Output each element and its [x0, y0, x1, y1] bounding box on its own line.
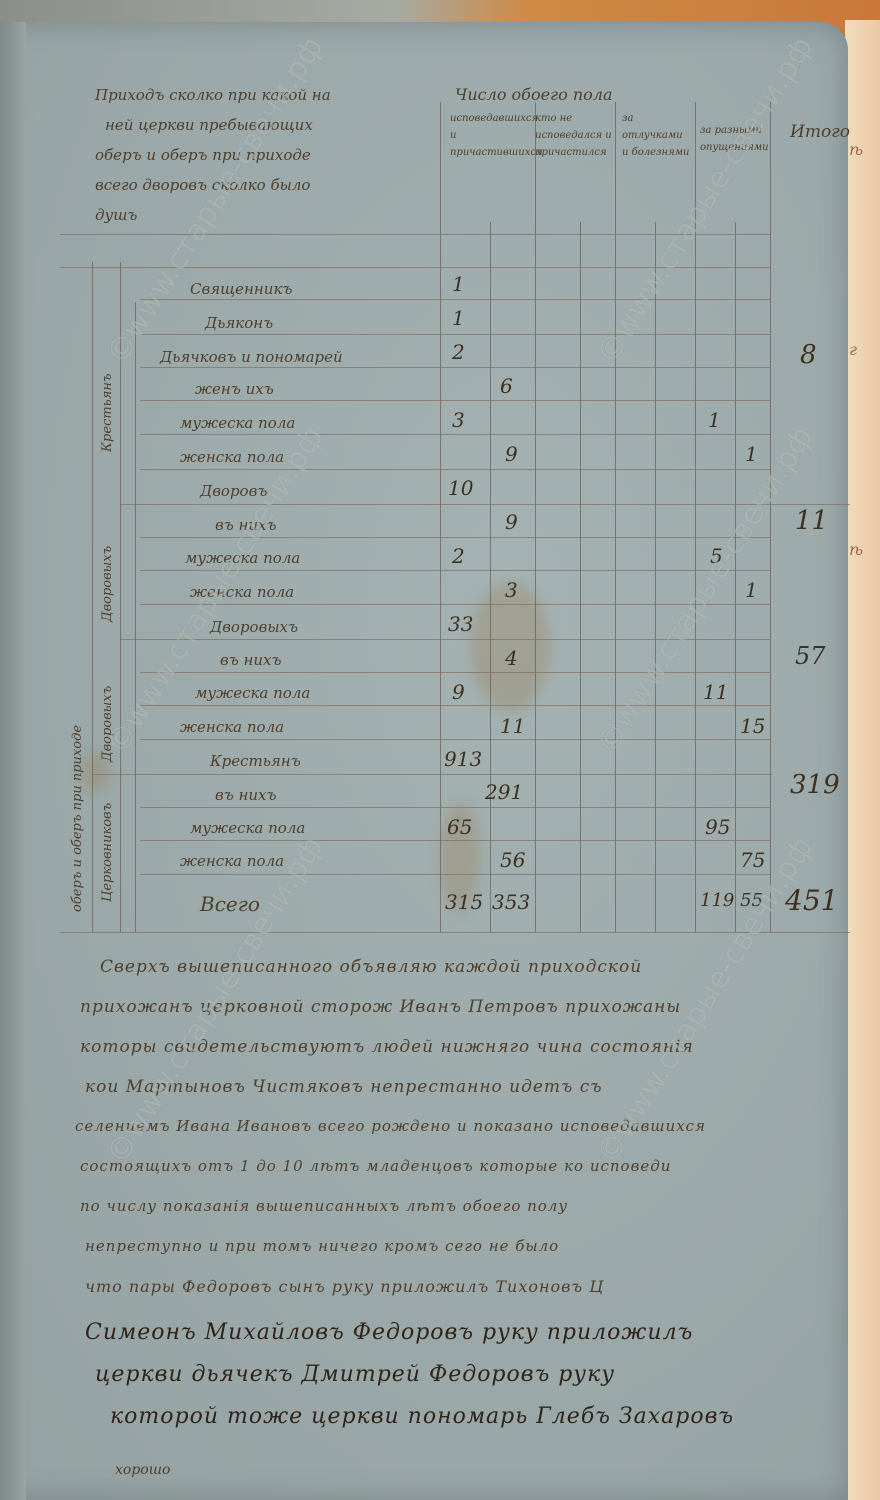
ruling	[140, 672, 770, 673]
cell-value: 6	[500, 374, 513, 398]
side-label: оберъ и оберъ при приходе	[70, 292, 85, 912]
cell-value: 56	[500, 848, 525, 872]
row-label: мужеска пола	[180, 414, 295, 432]
header-total: Итого	[790, 117, 850, 147]
attestation-line: непреступно и при томъ ничего кромъ сего…	[85, 1237, 559, 1255]
cell-value: 315	[445, 890, 483, 914]
cell-value: 75	[740, 848, 765, 872]
cell-value: 4	[505, 646, 518, 670]
cell-value: 10	[448, 476, 473, 500]
row-label: въ нихъ	[215, 786, 277, 804]
ruling	[135, 302, 136, 932]
row-label: женска пола	[180, 852, 284, 870]
ruling	[140, 874, 770, 875]
row-label: Дворовыхъ	[210, 618, 298, 636]
ruling	[140, 807, 770, 808]
column-header-2: кто не исповедался и причастился	[535, 110, 615, 161]
row-label: Крестьянъ	[210, 752, 301, 770]
footer-note: хорошо	[115, 1462, 170, 1478]
ruling	[140, 840, 770, 841]
page-edge	[0, 22, 26, 1500]
ruling	[140, 469, 770, 470]
adjacent-page-text: ѣ	[849, 140, 863, 159]
cell-value: 2	[452, 340, 465, 364]
document-page: Приходъ сколко при какой на ней церкви п…	[0, 22, 848, 1500]
cell-value: 1	[708, 408, 721, 432]
row-label: мужеска пола	[190, 819, 305, 837]
side-label: Дворовыхъ	[100, 482, 115, 622]
total-value: 8	[800, 340, 817, 370]
cell-value: 9	[452, 680, 465, 704]
row-label: женъ ихъ	[195, 380, 274, 398]
cell-value: 291	[485, 780, 523, 804]
row-label: въ нихъ	[220, 651, 282, 669]
total-value: 319	[790, 770, 840, 800]
signature-line: церкви дьячекъ Дмитрей Федоровъ руку	[95, 1362, 615, 1387]
cell-value: 9	[505, 442, 518, 466]
cell-value: 3	[452, 408, 465, 432]
cell-value: 95	[705, 815, 730, 839]
cell-value: 2	[452, 544, 465, 568]
ruling	[140, 739, 770, 740]
ruling	[580, 222, 581, 932]
cell-value: 9	[505, 510, 518, 534]
row-label: Дьячковъ и пономарей	[160, 348, 343, 366]
column-header-1: исповедавшихся и причастившихся	[450, 110, 520, 161]
watermark: ©www.старые-свечи.рф	[590, 31, 820, 371]
ruling	[140, 705, 770, 706]
cell-value: 913	[444, 747, 482, 771]
attestation-line: состоящихъ отъ 1 до 10 лѣтъ младенцовъ к…	[80, 1157, 671, 1175]
ruling	[490, 222, 491, 932]
cell-value: 1	[452, 272, 465, 296]
cell-value: 33	[448, 612, 473, 636]
row-label: Дьяконъ	[205, 314, 273, 332]
watermark: ©www.старые-свечи.рф	[590, 421, 820, 761]
attestation-line: что пары Федоровъ сынъ руку приложилъ Ти…	[85, 1277, 604, 1296]
ruling	[140, 367, 770, 368]
header-title: Число обоего пола	[455, 80, 613, 110]
adjacent-page-text: г	[849, 340, 857, 359]
signature-line: Симеонъ Михайловъ Федоровъ руку приложил…	[85, 1320, 693, 1345]
cell-value: 11	[500, 714, 525, 738]
row-label: мужеска пола	[195, 684, 310, 702]
column-header-3: за отлучками и болезнями	[622, 110, 692, 161]
row-label: женска пола	[180, 718, 284, 736]
cell-value: 15	[740, 714, 765, 738]
adjacent-page: ѣ г ѣ	[845, 20, 880, 1500]
total-value: 11	[795, 506, 828, 536]
row-label: женска пола	[180, 448, 284, 466]
attestation-line: по числу показанія вышеписанныхъ лѣтъ об…	[80, 1197, 568, 1215]
signature-line: которой тоже церкви пономарь Глебъ Захар…	[110, 1404, 734, 1429]
attestation-line: Сверхъ вышеписанного объявляю каждой при…	[100, 957, 642, 977]
ruling	[140, 334, 770, 335]
side-label: Церковниковъ	[100, 782, 115, 902]
cell-value: 11	[703, 680, 728, 704]
adjacent-page-text: ѣ	[849, 540, 863, 559]
ruling	[92, 774, 772, 775]
row-label: Священникъ	[190, 280, 292, 298]
ruling	[655, 222, 656, 932]
ruling	[140, 400, 770, 401]
cell-value: 3	[505, 578, 518, 602]
cell-value: 1	[745, 578, 758, 602]
cell-value: 1	[745, 442, 758, 466]
cell-value: 353	[492, 890, 530, 914]
ruling	[140, 299, 770, 300]
total-value: 57	[795, 642, 826, 670]
attestation-line: прихожанъ церковной сторож Иванъ Петровъ…	[80, 997, 681, 1017]
cell-value: 1	[452, 306, 465, 330]
ruling	[92, 262, 93, 932]
cell-value: 65	[447, 815, 472, 839]
ruling	[140, 434, 770, 435]
ruling	[735, 222, 736, 932]
